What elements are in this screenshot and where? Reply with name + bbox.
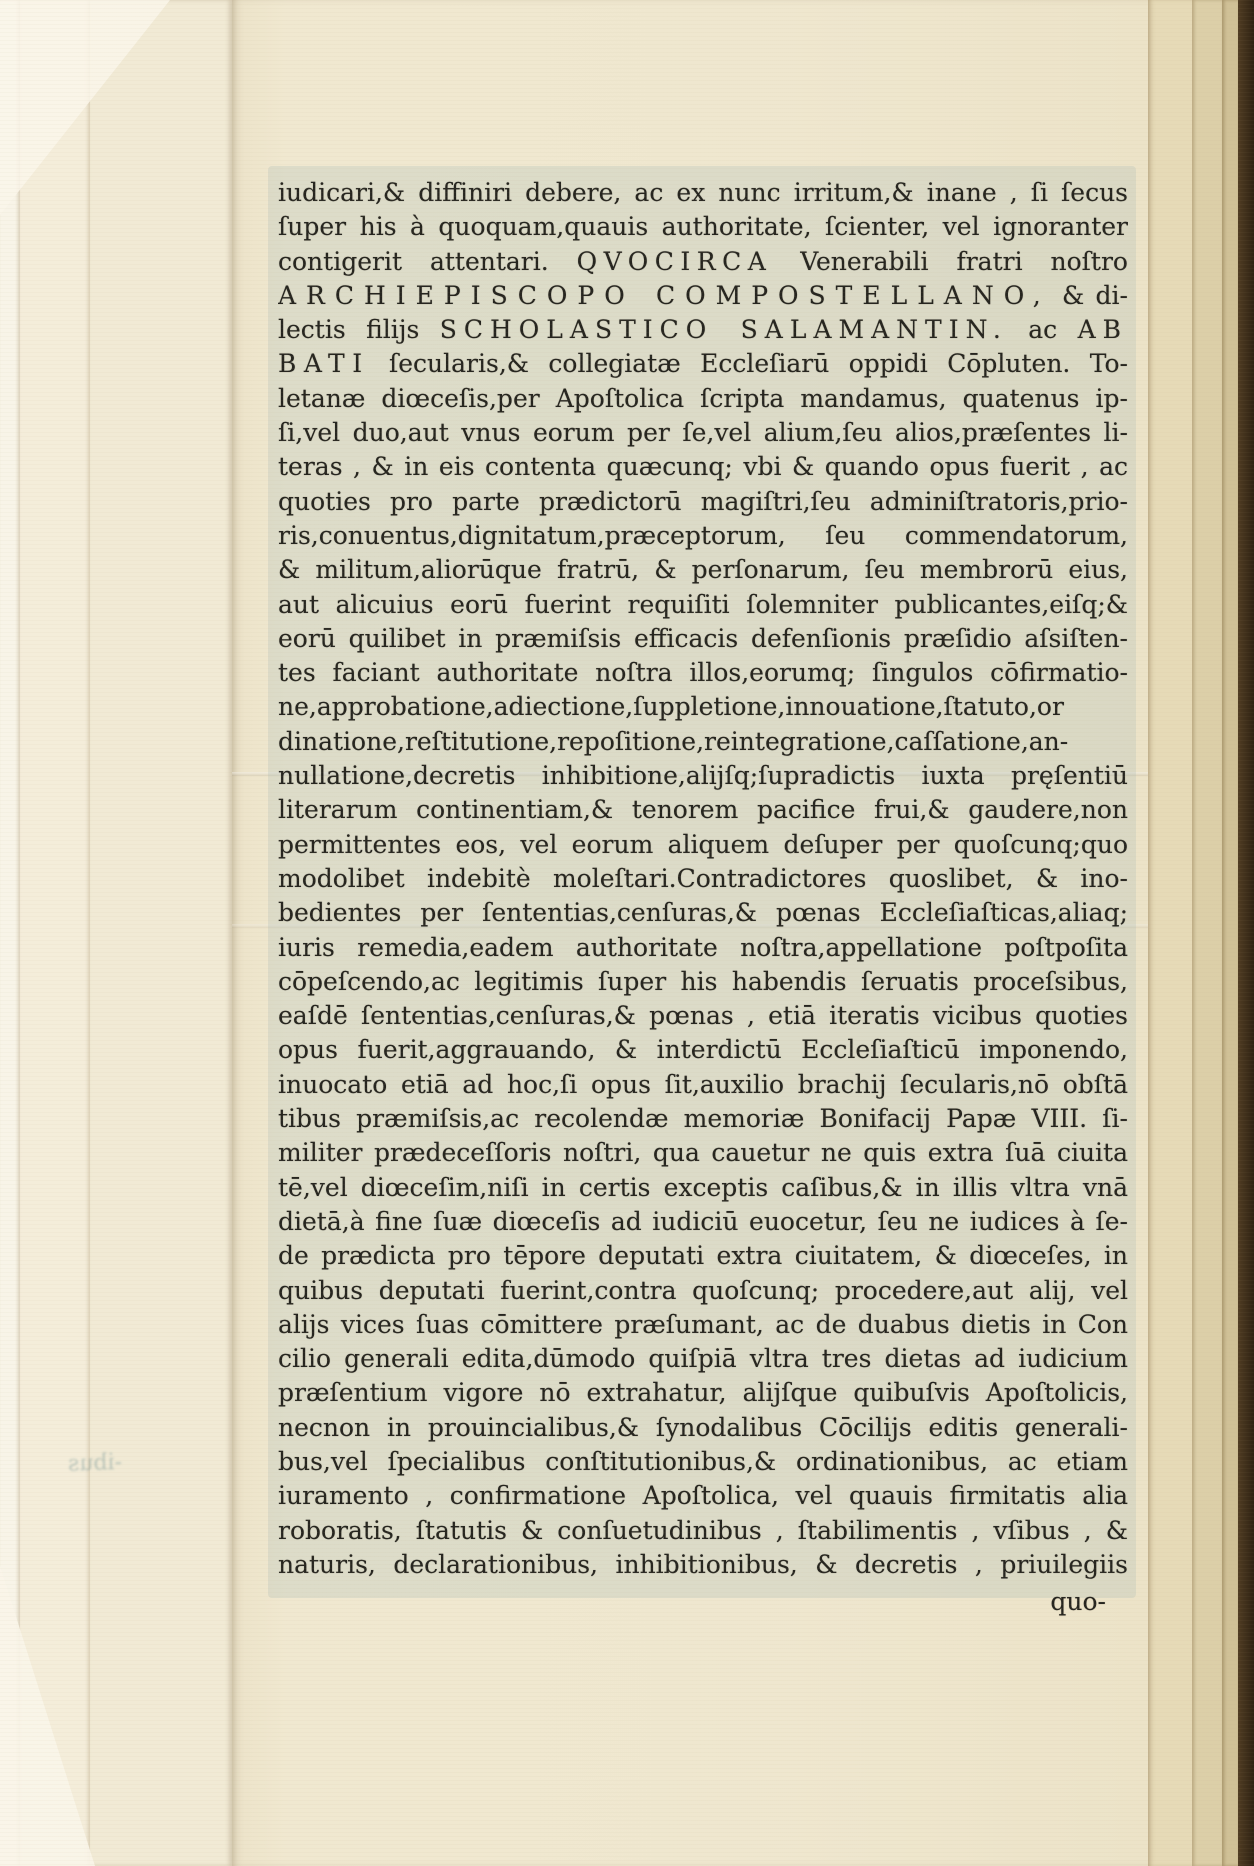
text-line: permittentes eos, vel eorum aliquem deſu… bbox=[278, 828, 1128, 862]
text-line: dietā,à fine ſuæ diœceſis ad iudiciū euo… bbox=[278, 1205, 1128, 1239]
body-text: de prædicta pro tēpore deputati extra ci… bbox=[278, 1241, 1128, 1270]
body-text: militer prædeceſſoris noſtri, qua cauetu… bbox=[278, 1138, 1128, 1167]
body-text: dinatione,reſtitutione,repoſitione,reint… bbox=[278, 727, 1068, 756]
body-text: roboratis, ſtatutis & conſuetudinibus , … bbox=[278, 1516, 1128, 1545]
body-text: iuramento , confirmatione Apoſtolica, ve… bbox=[278, 1481, 1128, 1510]
under-page-edge-left-2 bbox=[20, 0, 90, 1866]
under-page-edge-right-1 bbox=[1148, 0, 1192, 1866]
body-text: cilio generali edita,dūmodo quiſpiā vltr… bbox=[278, 1344, 1128, 1373]
body-text: quoties pro parte prædictorū magiſtri,ſe… bbox=[278, 487, 1128, 516]
show-through-ghost-text: -ibus bbox=[2, 1450, 123, 1479]
text-line: aut alicuius eorū fuerint requiſiti ſole… bbox=[278, 588, 1128, 622]
text-line: ſi,vel duo,aut vnus eorum per ſe,vel ali… bbox=[278, 416, 1128, 450]
text-line: tē,vel diœceſim,niſi in certis exceptis … bbox=[278, 1171, 1128, 1205]
text-line: ſuper his à quoquam,quauis authoritate, … bbox=[278, 210, 1128, 244]
body-text: tibus præmiſsis,ac recolendæ memoriæ Bon… bbox=[278, 1104, 1128, 1133]
text-line: de prædicta pro tēpore deputati extra ci… bbox=[278, 1239, 1128, 1273]
spaced-caps-text: BATI bbox=[278, 349, 370, 378]
body-text: ne,approbatione,adiectione,ſuppletione,i… bbox=[278, 692, 1064, 721]
body-text: aut alicuius eorū fuerint requiſiti ſole… bbox=[278, 590, 1128, 619]
text-line: eorū quilibet in præmiſsis efficacis def… bbox=[278, 622, 1128, 656]
text-line: cilio generali edita,dūmodo quiſpiā vltr… bbox=[278, 1342, 1128, 1376]
body-text: lectis filijs bbox=[278, 315, 440, 344]
body-text: quibus deputati fuerint,contra quoſcunq;… bbox=[278, 1276, 1128, 1305]
text-line: quibus deputati fuerint,contra quoſcunq;… bbox=[278, 1274, 1128, 1308]
text-block: iudicari,& diffiniri debere, ac ex nunc … bbox=[278, 176, 1128, 1622]
body-text: cōpeſcendo,ac legitimis ſuper his habend… bbox=[278, 967, 1128, 996]
book-scan-page: iudicari,& diffiniri debere, ac ex nunc … bbox=[0, 0, 1254, 1866]
body-text: literarum continentiam,& tenorem pacific… bbox=[278, 795, 1128, 824]
body-text: contigerit attentari. bbox=[278, 247, 577, 276]
text-line: militer prædeceſſoris noſtri, qua cauetu… bbox=[278, 1136, 1128, 1170]
catchword: quo- bbox=[278, 1582, 1128, 1622]
text-line: iudicari,& diffiniri debere, ac ex nunc … bbox=[278, 176, 1128, 210]
text-line: dinatione,reſtitutione,repoſitione,reint… bbox=[278, 725, 1128, 759]
text-line: inuocato etiā ad hoc,ſi opus ſit,auxilio… bbox=[278, 1068, 1128, 1102]
text-line: & militum,aliorūque fratrū, & perſonarum… bbox=[278, 553, 1128, 587]
body-text: dietā,à fine ſuæ diœceſis ad iudiciū euo… bbox=[278, 1207, 1128, 1236]
text-line: iuris remedia,eadem authoritate noſtra,a… bbox=[278, 931, 1128, 965]
text-line: roboratis, ſtatutis & conſuetudinibus , … bbox=[278, 1514, 1128, 1548]
body-text: iudicari,& diffiniri debere, ac ex nunc … bbox=[278, 178, 1128, 207]
body-text: opus fuerit,aggrauando, & interdictū Ecc… bbox=[278, 1035, 1128, 1064]
body-text: ac bbox=[1008, 315, 1078, 344]
text-line: ris,conuentus,dignitatum,præceptorum, ſe… bbox=[278, 519, 1128, 553]
body-text: teras , & in eis contenta quæcunq; vbi &… bbox=[278, 452, 1128, 481]
text-line: ARCHIEPISCOPO COMPOSTELLANO, & di- bbox=[278, 279, 1128, 313]
text-line: cōpeſcendo,ac legitimis ſuper his habend… bbox=[278, 965, 1128, 999]
under-page-edge-left-3 bbox=[90, 0, 232, 1866]
body-text: ſuper his à quoquam,quauis authoritate, … bbox=[278, 212, 1128, 241]
spaced-caps-text: SCHOLASTICO SALAMANTIN. bbox=[440, 315, 1008, 344]
spaced-caps-text: QVOCIRCA bbox=[577, 247, 773, 276]
text-line: naturis, declarationibus, inhibitionibus… bbox=[278, 1548, 1128, 1582]
body-text: nullatione,decretis inhibitione,alijſq;ſ… bbox=[278, 761, 1128, 790]
body-text: modolibet indebitè moleſtari.Contradicto… bbox=[278, 864, 1128, 893]
text-line: tibus præmiſsis,ac recolendæ memoriæ Bon… bbox=[278, 1102, 1128, 1136]
book-board-edge bbox=[1238, 0, 1254, 1866]
text-line: modolibet indebitè moleſtari.Contradicto… bbox=[278, 862, 1128, 896]
text-line: præſentium vigore nō extrahatur, alijſqu… bbox=[278, 1376, 1128, 1410]
text-line: necnon in prouincialibus,& ſynodalibus C… bbox=[278, 1411, 1128, 1445]
text-line: contigerit attentari. QVOCIRCA Venerabil… bbox=[278, 245, 1128, 279]
text-line: nullatione,decretis inhibitione,alijſq;ſ… bbox=[278, 759, 1128, 793]
body-text: letanæ diœceſis,per Apoſtolica ſcripta m… bbox=[278, 384, 1128, 413]
body-text: iuris remedia,eadem authoritate noſtra,a… bbox=[278, 933, 1128, 962]
body-text: eaſdē ſententias,cenſuras,& pœnas , etiā… bbox=[278, 1001, 1128, 1030]
body-text: tē,vel diœceſim,niſi in certis exceptis … bbox=[278, 1173, 1128, 1202]
body-text: & militum,aliorūque fratrū, & perſonarum… bbox=[278, 555, 1128, 584]
body-text: bedientes per ſententias,cenſuras,& pœna… bbox=[278, 898, 1128, 927]
body-text: eorū quilibet in præmiſsis efficacis def… bbox=[278, 624, 1128, 653]
body-text: ſecularis,& collegiatæ Eccleſiarū oppidi… bbox=[370, 349, 1128, 378]
body-text: permittentes eos, vel eorum aliquem deſu… bbox=[278, 830, 1128, 859]
text-line: lectis filijs SCHOLASTICO SALAMANTIN. ac… bbox=[278, 313, 1128, 347]
body-text: tes faciant authoritate noſtra illos,eor… bbox=[278, 658, 1128, 687]
spaced-caps-text: ARCHIEPISCOPO COMPOSTELLANO, bbox=[278, 281, 1051, 310]
body-text: inuocato etiā ad hoc,ſi opus ſit,auxilio… bbox=[278, 1070, 1128, 1099]
text-line: quoties pro parte prædictorū magiſtri,ſe… bbox=[278, 485, 1128, 519]
body-text: alijs vices ſuas cōmittere præſumant, ac… bbox=[278, 1310, 1128, 1339]
body-text: bus,vel ſpecialibus conſtitutionibus,& o… bbox=[278, 1447, 1128, 1476]
body-text: ris,conuentus,dignitatum,præceptorum, ſe… bbox=[278, 521, 1128, 550]
text-line: iuramento , confirmatione Apoſtolica, ve… bbox=[278, 1479, 1128, 1513]
text-line: eaſdē ſententias,cenſuras,& pœnas , etiā… bbox=[278, 999, 1128, 1033]
body-text: Venerabili fratri noſtro bbox=[772, 247, 1128, 276]
body-text: naturis, declarationibus, inhibitionibus… bbox=[278, 1550, 1128, 1579]
text-line: literarum continentiam,& tenorem pacific… bbox=[278, 793, 1128, 827]
text-line: ne,approbatione,adiectione,ſuppletione,i… bbox=[278, 690, 1128, 724]
text-line: bedientes per ſententias,cenſuras,& pœna… bbox=[278, 896, 1128, 930]
body-text: & di- bbox=[1051, 281, 1128, 310]
under-page-edge-right-3 bbox=[1222, 0, 1238, 1866]
text-line: tes faciant authoritate noſtra illos,eor… bbox=[278, 656, 1128, 690]
text-line: letanæ diœceſis,per Apoſtolica ſcripta m… bbox=[278, 382, 1128, 416]
text-line: BATI ſecularis,& collegiatæ Eccleſiarū o… bbox=[278, 347, 1128, 381]
body-text: ſi,vel duo,aut vnus eorum per ſe,vel ali… bbox=[278, 418, 1128, 447]
spaced-caps-text: AB bbox=[1078, 315, 1128, 344]
text-line: bus,vel ſpecialibus conſtitutionibus,& o… bbox=[278, 1445, 1128, 1479]
body-text: necnon in prouincialibus,& ſynodalibus C… bbox=[278, 1413, 1128, 1442]
under-page-edge-right-2 bbox=[1192, 0, 1222, 1866]
text-line: teras , & in eis contenta quæcunq; vbi &… bbox=[278, 450, 1128, 484]
body-text: præſentium vigore nō extrahatur, alijſqu… bbox=[278, 1378, 1128, 1407]
text-line: opus fuerit,aggrauando, & interdictū Ecc… bbox=[278, 1033, 1128, 1067]
text-line: alijs vices ſuas cōmittere præſumant, ac… bbox=[278, 1308, 1128, 1342]
